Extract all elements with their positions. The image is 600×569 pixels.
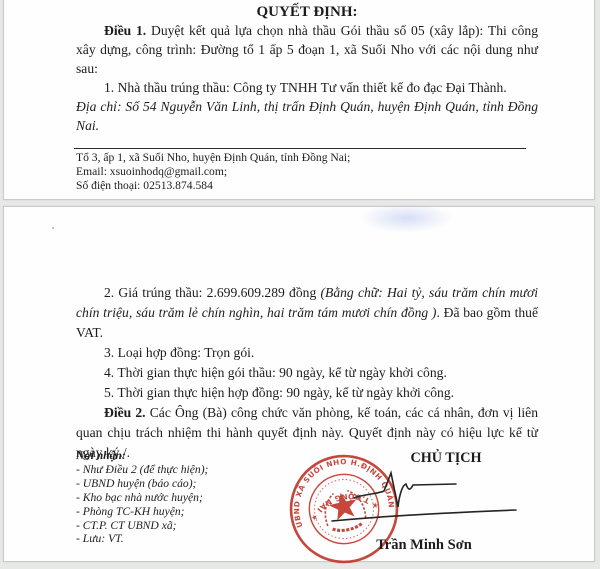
article-2-label: Điều 2. (104, 405, 146, 420)
article-1-text: Duyệt kết quả lựa chọn nhà thầu Gói thầu… (76, 23, 538, 76)
document-page-2: 2. Giá trúng thầu: 2.699.609.289 đồng (B… (3, 206, 595, 562)
recipient-item: - Như Điều 2 (để thực hiện); (76, 463, 208, 477)
signer-name: Trần Minh Sơn (334, 537, 514, 554)
winning-bidder-line: 1. Nhà thầu trúng thầu: Công ty TNHH Tư … (76, 78, 538, 97)
package-duration-line: 4. Thời gian thực hiện gói thầu: 90 ngày… (76, 363, 538, 383)
contract-duration-line: 5. Thời gian thực hiện hợp đồng: 90 ngày… (76, 383, 538, 403)
handwritten-signature (324, 467, 560, 533)
recipient-item: - CT.P. CT UBND xã; (76, 519, 208, 533)
recipients-block: Nơi nhận: - Như Điều 2 (để thực hiện); -… (76, 449, 208, 546)
recipients-title: Nơi nhận: (76, 449, 208, 463)
recipient-item: - Phòng TC-KH huyện; (76, 505, 208, 519)
footer-separator-line (74, 148, 526, 149)
bidder-address-line: Địa chỉ: Số 54 Nguyễn Văn Linh, thị trấn… (76, 97, 538, 135)
recipient-item: - UBND huyện (báo cáo); (76, 477, 208, 491)
bid-price-paragraph: 2. Giá trúng thầu: 2.699.609.289 đồng (B… (76, 283, 538, 343)
scan-speck (52, 227, 54, 229)
recipient-item: - Kho bạc nhà nước huyện; (76, 491, 208, 505)
document-title: QUYẾT ĐỊNH: (76, 4, 538, 21)
bid-price-prefix: 2. Giá trúng thầu: 2.699.609.289 đồng (104, 285, 320, 300)
contact-phone-line: Số điện thoại: 02513.874.584 (76, 179, 538, 193)
article-1-label: Điều 1. (104, 23, 146, 38)
contract-type-line: 3. Loại hợp đồng: Trọn gói. (76, 343, 538, 363)
contact-email-line: Email: xsuoinhodq@gmail.com; (76, 165, 538, 179)
recipient-item: - Lưu: VT. (76, 532, 208, 546)
document-page-1: QUYẾT ĐỊNH: Điều 1. Duyệt kết quả lựa ch… (3, 0, 595, 200)
article-1-paragraph: Điều 1. Duyệt kết quả lựa chọn nhà thầu … (76, 21, 538, 78)
contact-address-line: Tổ 3, ấp 1, xã Suối Nho, huyện Định Quán… (76, 151, 538, 165)
scan-smudge (359, 203, 454, 233)
